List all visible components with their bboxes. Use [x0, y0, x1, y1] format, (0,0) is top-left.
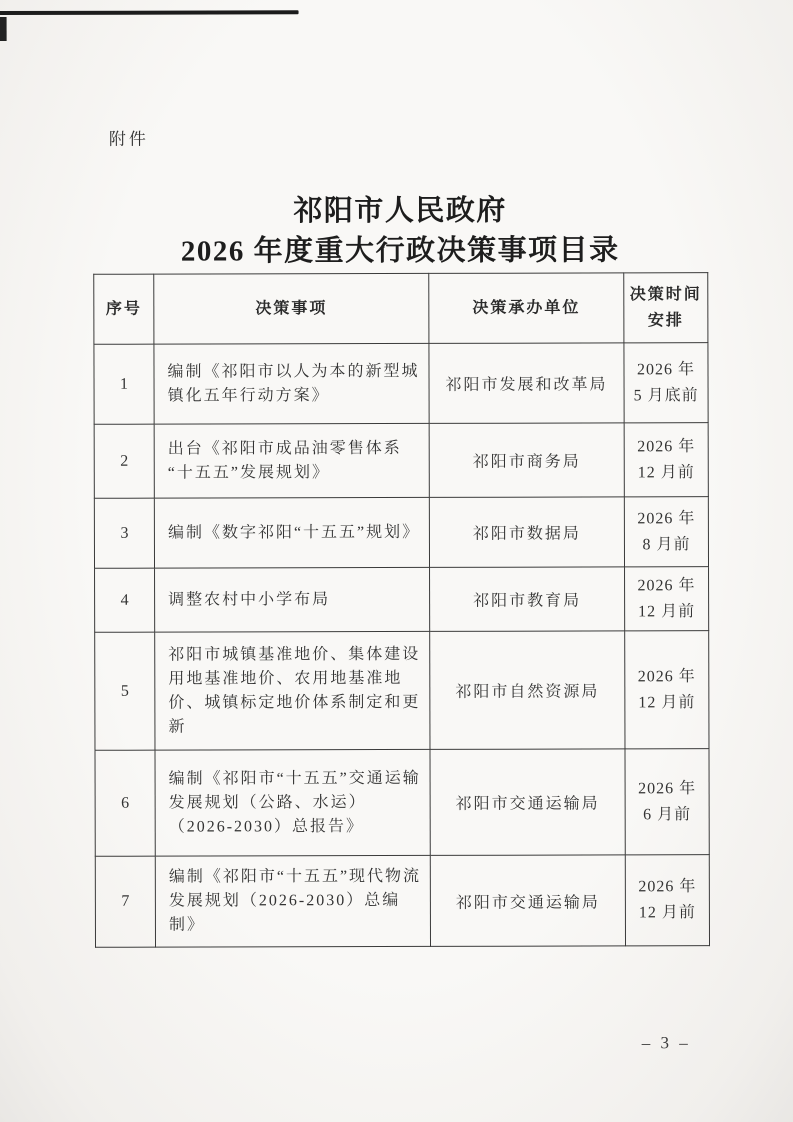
cell-decision-time: 2026 年 5 月底前 [624, 343, 708, 423]
cell-undertaking-unit: 祁阳市数据局 [429, 497, 624, 568]
cell-decision-item: 编制《数字祁阳“十五五”规划》 [154, 497, 429, 568]
header-decision-item: 决策事项 [154, 273, 429, 344]
cell-decision-time: 2026 年 6 月前 [625, 749, 709, 855]
page-content: 附件 祁阳市人民政府 2026 年度重大行政决策事项目录 序号 决策事项 决策承… [0, 0, 793, 1122]
cell-serial-number: 7 [95, 856, 155, 947]
cell-decision-item: 编制《祁阳市以人为本的新型城 镇化五年行动方案》 [154, 343, 429, 424]
scan-artifact-line [0, 10, 299, 15]
cell-serial-number: 5 [95, 632, 155, 750]
table-row: 2 出台《祁阳市成品油零售体系 “十五五”发展规划》 祁阳市商务局 2026 年… [94, 423, 708, 499]
cell-decision-time: 2026 年 12 月前 [625, 855, 709, 946]
document-title: 祁阳市人民政府 2026 年度重大行政决策事项目录 [93, 190, 707, 272]
cell-undertaking-unit: 祁阳市自然资源局 [430, 631, 625, 750]
table-row: 1 编制《祁阳市以人为本的新型城 镇化五年行动方案》 祁阳市发展和改革局 202… [94, 343, 708, 425]
cell-serial-number: 1 [94, 344, 154, 424]
cell-undertaking-unit: 祁阳市交通运输局 [430, 749, 625, 856]
cell-decision-time: 2026 年 12 月前 [624, 423, 708, 497]
table-row: 6 编制《祁阳市“十五五”交通运输 发展规划（公路、水运） （2026-2030… [95, 749, 709, 857]
document-title-line2: 2026 年度重大行政决策事项目录 [93, 230, 707, 272]
cell-undertaking-unit: 祁阳市交通运输局 [430, 855, 625, 947]
table-row: 4 调整农村中小学布局 祁阳市教育局 2026 年 12 月前 [95, 567, 709, 633]
cell-decision-item: 调整农村中小学布局 [155, 567, 430, 632]
header-decision-time: 决策时间 安排 [624, 273, 708, 343]
header-undertaking-unit: 决策承办单位 [429, 273, 624, 344]
table-row: 7 编制《祁阳市“十五五”现代物流 发展规划（2026-2030）总编制》 祁阳… [95, 855, 709, 948]
cell-undertaking-unit: 祁阳市发展和改革局 [429, 343, 624, 424]
cell-decision-item: 出台《祁阳市成品油零售体系 “十五五”发展规划》 [154, 423, 429, 498]
cell-decision-item: 编制《祁阳市“十五五”交通运输 发展规划（公路、水运） （2026-2030）总… [155, 749, 430, 856]
document-title-line1: 祁阳市人民政府 [93, 190, 707, 232]
cell-decision-time: 2026 年 12 月前 [625, 567, 709, 631]
table-row: 3 编制《数字祁阳“十五五”规划》 祁阳市数据局 2026 年 8 月前 [94, 497, 708, 569]
cell-serial-number: 4 [95, 568, 155, 632]
table-header-row: 序号 决策事项 决策承办单位 决策时间 安排 [94, 273, 708, 345]
cell-undertaking-unit: 祁阳市商务局 [429, 423, 624, 498]
attachment-label: 附件 [109, 125, 149, 150]
scan-artifact-block [0, 17, 7, 41]
cell-decision-item: 祁阳市城镇基准地价、集体建设 用地基准地价、农用地基准地 价、城镇标定地价体系制… [155, 631, 430, 750]
table-row: 5 祁阳市城镇基准地价、集体建设 用地基准地价、农用地基准地 价、城镇标定地价体… [95, 631, 709, 751]
cell-serial-number: 3 [94, 498, 154, 568]
document-page: 附件 祁阳市人民政府 2026 年度重大行政决策事项目录 序号 决策事项 决策承… [0, 0, 793, 1122]
cell-decision-item: 编制《祁阳市“十五五”现代物流 发展规划（2026-2030）总编制》 [155, 855, 430, 947]
cell-undertaking-unit: 祁阳市教育局 [430, 567, 625, 632]
cell-decision-time: 2026 年 12 月前 [625, 631, 709, 749]
cell-serial-number: 6 [95, 750, 155, 856]
page-number: – 3 – [623, 1033, 709, 1053]
cell-decision-time: 2026 年 8 月前 [624, 497, 708, 567]
cell-serial-number: 2 [94, 424, 154, 498]
header-serial-number: 序号 [94, 274, 154, 344]
decision-items-table: 序号 决策事项 决策承办单位 决策时间 安排 1 编制《祁阳市以人为本的新型城 … [93, 272, 710, 948]
